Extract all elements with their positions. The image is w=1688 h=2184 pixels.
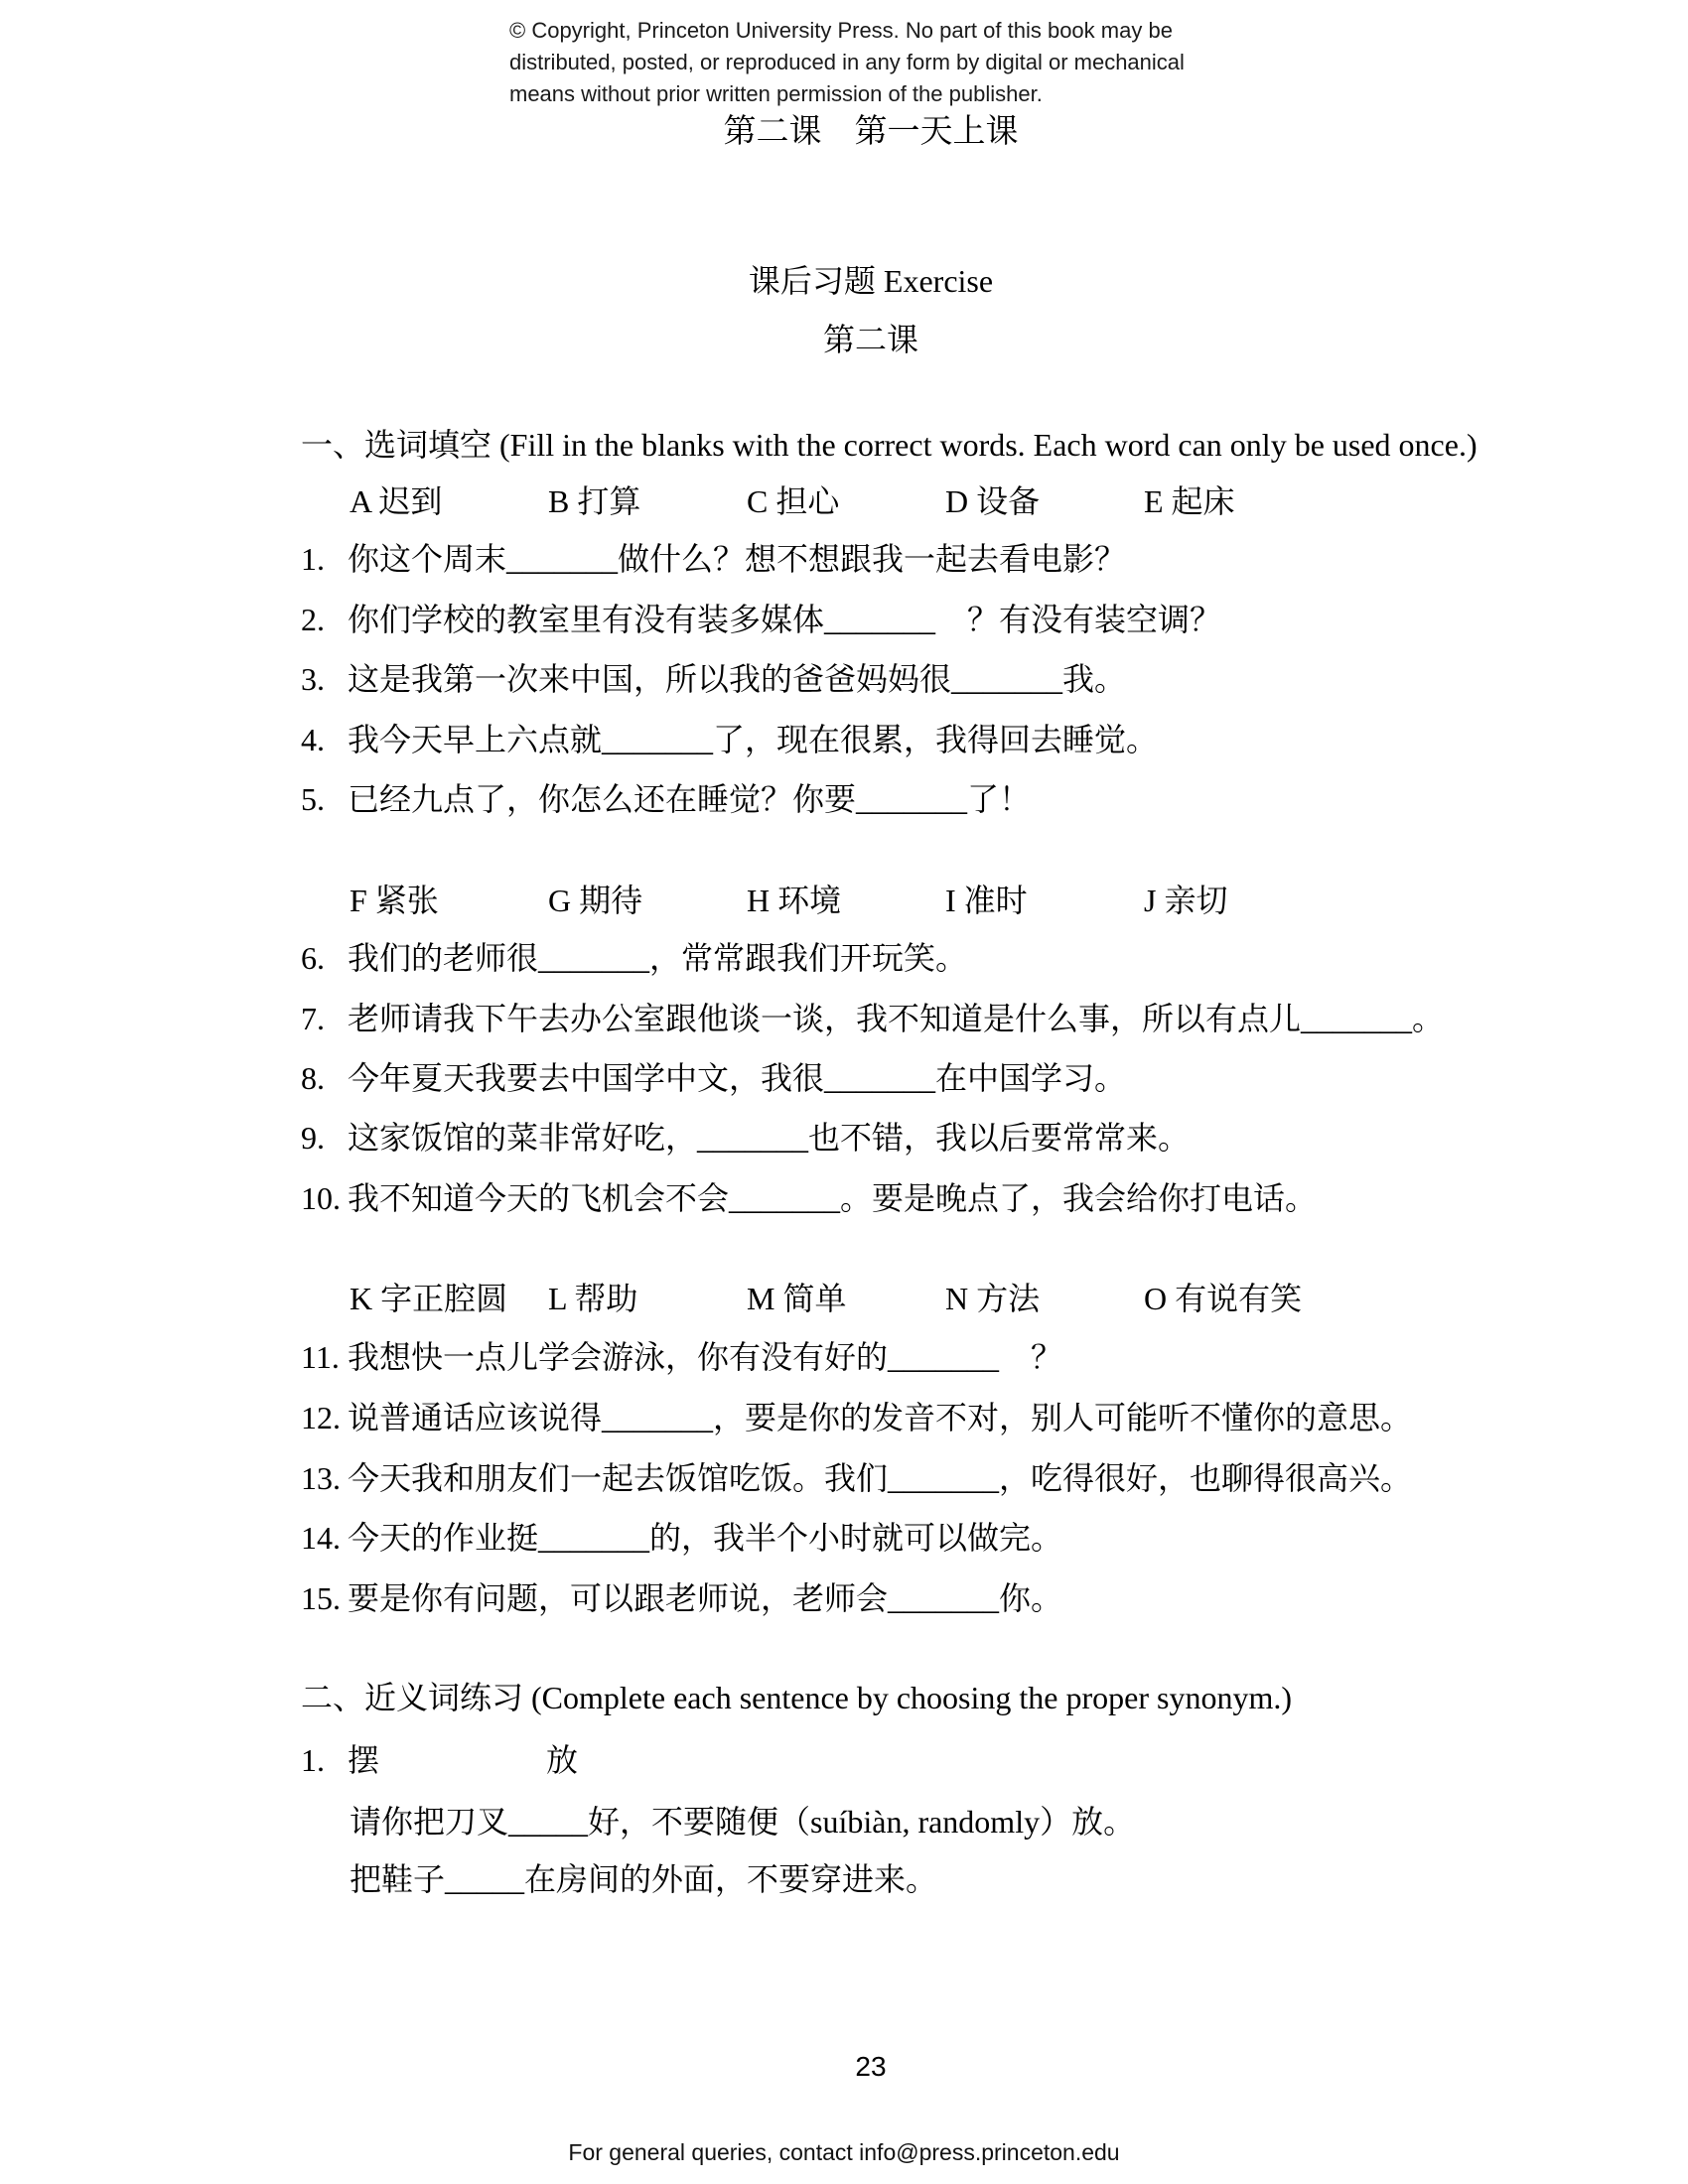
copyright-notice: © Copyright, Princeton University Press.… xyxy=(509,15,1185,110)
bank-entry-g: G 期待 xyxy=(548,881,747,920)
item-number: 5. xyxy=(301,779,348,819)
bank-entry-n: N 方法 xyxy=(945,1279,1144,1318)
exercise-item-4: 4. 我今天早上六点就_______了，现在很累，我得回去睡觉。 xyxy=(301,720,1158,759)
item-text: 我不知道今天的飞机会不会_______。要是晚点了，我会给你打电话。 xyxy=(348,1178,1317,1218)
item-text: 今年夏天我要去中国学中文，我很_______在中国学习。 xyxy=(348,1058,1126,1098)
bank-entry-i: I 准时 xyxy=(945,881,1144,920)
exercise-item-10: 10. 我不知道今天的飞机会不会_______。要是晚点了，我会给你打电话。 xyxy=(301,1178,1317,1218)
exercise-item-1: 1. 你这个周末_______做什么？想不想跟我一起去看电影？ xyxy=(301,539,1126,579)
bank-entry-b: B 打算 xyxy=(548,481,747,521)
exercise-item-12: 12. 说普通话应该说得_______，要是你的发音不对，别人可能听不懂你的意思… xyxy=(301,1398,1412,1437)
item-number: 2. xyxy=(301,600,348,639)
synonym-pair: 1. 摆 放 xyxy=(301,1740,578,1780)
chapter-title: 第二课 第一天上课 xyxy=(54,111,1688,153)
item-number: 14. xyxy=(301,1518,348,1558)
item-text: 已经九点了，你怎么还在睡觉？你要_______了！ xyxy=(348,779,1031,819)
bank-entry-m: M 简单 xyxy=(747,1279,945,1318)
exercise-item-11: 11. 我想快一点儿学会游泳，你有没有好的_______ ？ xyxy=(301,1337,1062,1377)
exercise-item-14: 14. 今天的作业挺_______的，我半个小时就可以做完。 xyxy=(301,1518,1062,1558)
exercise-item-7: 7. 老师请我下午去办公室跟他谈一谈，我不知道是什么事，所以有点儿_______… xyxy=(301,999,1444,1038)
exercise-item-3: 3. 这是我第一次来中国，所以我的爸爸妈妈很_______我。 xyxy=(301,659,1126,699)
page-number: 23 xyxy=(54,2049,1688,2085)
item-text: 我们的老师很_______，常常跟我们开玩笑。 xyxy=(348,938,967,978)
item-number: 9. xyxy=(301,1118,348,1158)
item-text: 老师请我下午去办公室跟他谈一谈，我不知道是什么事，所以有点儿_______。 xyxy=(348,999,1444,1038)
bank-entry-d: D 设备 xyxy=(945,481,1144,521)
exercise-item-2: 2. 你们学校的教室里有没有装多媒体_______ ？有没有装空调？ xyxy=(301,600,1221,639)
exercise-item-9: 9. 这家饭馆的菜非常好吃，_______也不错，我以后要常常来。 xyxy=(301,1118,1190,1158)
item-number: 12. xyxy=(301,1398,348,1437)
bank-entry-a: A 迟到 xyxy=(350,481,548,521)
bank-entry-e: E 起床 xyxy=(1144,481,1235,521)
bank-entry-o: O 有说有笑 xyxy=(1144,1279,1302,1318)
item-number: 10. xyxy=(301,1178,348,1218)
bank-entry-l: L 帮助 xyxy=(548,1279,747,1318)
item-text: 要是你有问题，可以跟老师说，老师会_______你。 xyxy=(348,1578,1062,1618)
document-page: © Copyright, Princeton University Press.… xyxy=(0,0,1688,2184)
item-number: 7. xyxy=(301,999,348,1038)
copyright-line-1: © Copyright, Princeton University Press.… xyxy=(509,15,1185,47)
bank-entry-j: J 亲切 xyxy=(1144,881,1227,920)
synonym-word-a: 摆 xyxy=(348,1740,546,1780)
word-bank-3: K 字正腔圆 L 帮助 M 简单 N 方法 O 有说有笑 xyxy=(350,1279,1302,1318)
exercise-item-5: 5. 已经九点了，你怎么还在睡觉？你要_______了！ xyxy=(301,779,1031,819)
item-number: 1. xyxy=(301,539,348,579)
item-number: 15. xyxy=(301,1578,348,1618)
lesson-title: 第二课 xyxy=(54,319,1688,360)
item-text: 这家饭馆的菜非常好吃，_______也不错，我以后要常常来。 xyxy=(348,1118,1190,1158)
section1-heading: 一、选词填空 (Fill in the blanks with the corr… xyxy=(301,425,1477,465)
section2-heading: 二、近义词练习 (Complete each sentence by choos… xyxy=(301,1678,1292,1717)
item-text: 说普通话应该说得_______，要是你的发音不对，别人可能听不懂你的意思。 xyxy=(348,1398,1412,1437)
item-text: 你这个周末_______做什么？想不想跟我一起去看电影？ xyxy=(348,539,1126,579)
item-number: 1. xyxy=(301,1740,348,1780)
exercise-item-13: 13. 今天我和朋友们一起去饭馆吃饭。我们_______，吃得很好，也聊得很高兴… xyxy=(301,1458,1412,1498)
item-text: 今天的作业挺_______的，我半个小时就可以做完。 xyxy=(348,1518,1062,1558)
bank-entry-c: C 担心 xyxy=(747,481,945,521)
item-text: 我想快一点儿学会游泳，你有没有好的_______ ？ xyxy=(348,1337,1062,1377)
bank-entry-f: F 紧张 xyxy=(350,881,548,920)
copyright-line-2: distributed, posted, or reproduced in an… xyxy=(509,47,1185,78)
item-number: 3. xyxy=(301,659,348,699)
exercise-item-15: 15. 要是你有问题，可以跟老师说，老师会_______你。 xyxy=(301,1578,1062,1618)
bank-entry-h: H 环境 xyxy=(747,881,945,920)
item-text: 你们学校的教室里有没有装多媒体_______ ？有没有装空调？ xyxy=(348,600,1221,639)
copyright-line-3: means without prior written permission o… xyxy=(509,78,1185,110)
exercise-item-8: 8. 今年夏天我要去中国学中文，我很_______在中国学习。 xyxy=(301,1058,1126,1098)
synonym-sentence-1: 请你把刀叉_____好，不要随便（suíbiàn, randomly）放。 xyxy=(350,1802,1135,1842)
exercise-item-6: 6. 我们的老师很_______，常常跟我们开玩笑。 xyxy=(301,938,967,978)
item-number: 4. xyxy=(301,720,348,759)
synonym-word-b: 放 xyxy=(546,1740,578,1780)
exercise-title: 课后习题 Exercise xyxy=(54,260,1688,302)
item-number: 13. xyxy=(301,1458,348,1498)
word-bank-2: F 紧张 G 期待 H 环境 I 准时 J 亲切 xyxy=(350,881,1227,920)
item-text: 我今天早上六点就_______了，现在很累，我得回去睡觉。 xyxy=(348,720,1158,759)
word-bank-1: A 迟到 B 打算 C 担心 D 设备 E 起床 xyxy=(350,481,1235,521)
item-text: 这是我第一次来中国，所以我的爸爸妈妈很_______我。 xyxy=(348,659,1126,699)
synonym-sentence-2: 把鞋子_____在房间的外面，不要穿进来。 xyxy=(350,1859,937,1899)
bank-entry-k: K 字正腔圆 xyxy=(350,1279,548,1318)
footer-contact: For general queries, contact info@press.… xyxy=(0,2136,1688,2168)
item-number: 11. xyxy=(301,1337,348,1377)
item-number: 6. xyxy=(301,938,348,978)
item-number: 8. xyxy=(301,1058,348,1098)
item-text: 今天我和朋友们一起去饭馆吃饭。我们_______，吃得很好，也聊得很高兴。 xyxy=(348,1458,1412,1498)
